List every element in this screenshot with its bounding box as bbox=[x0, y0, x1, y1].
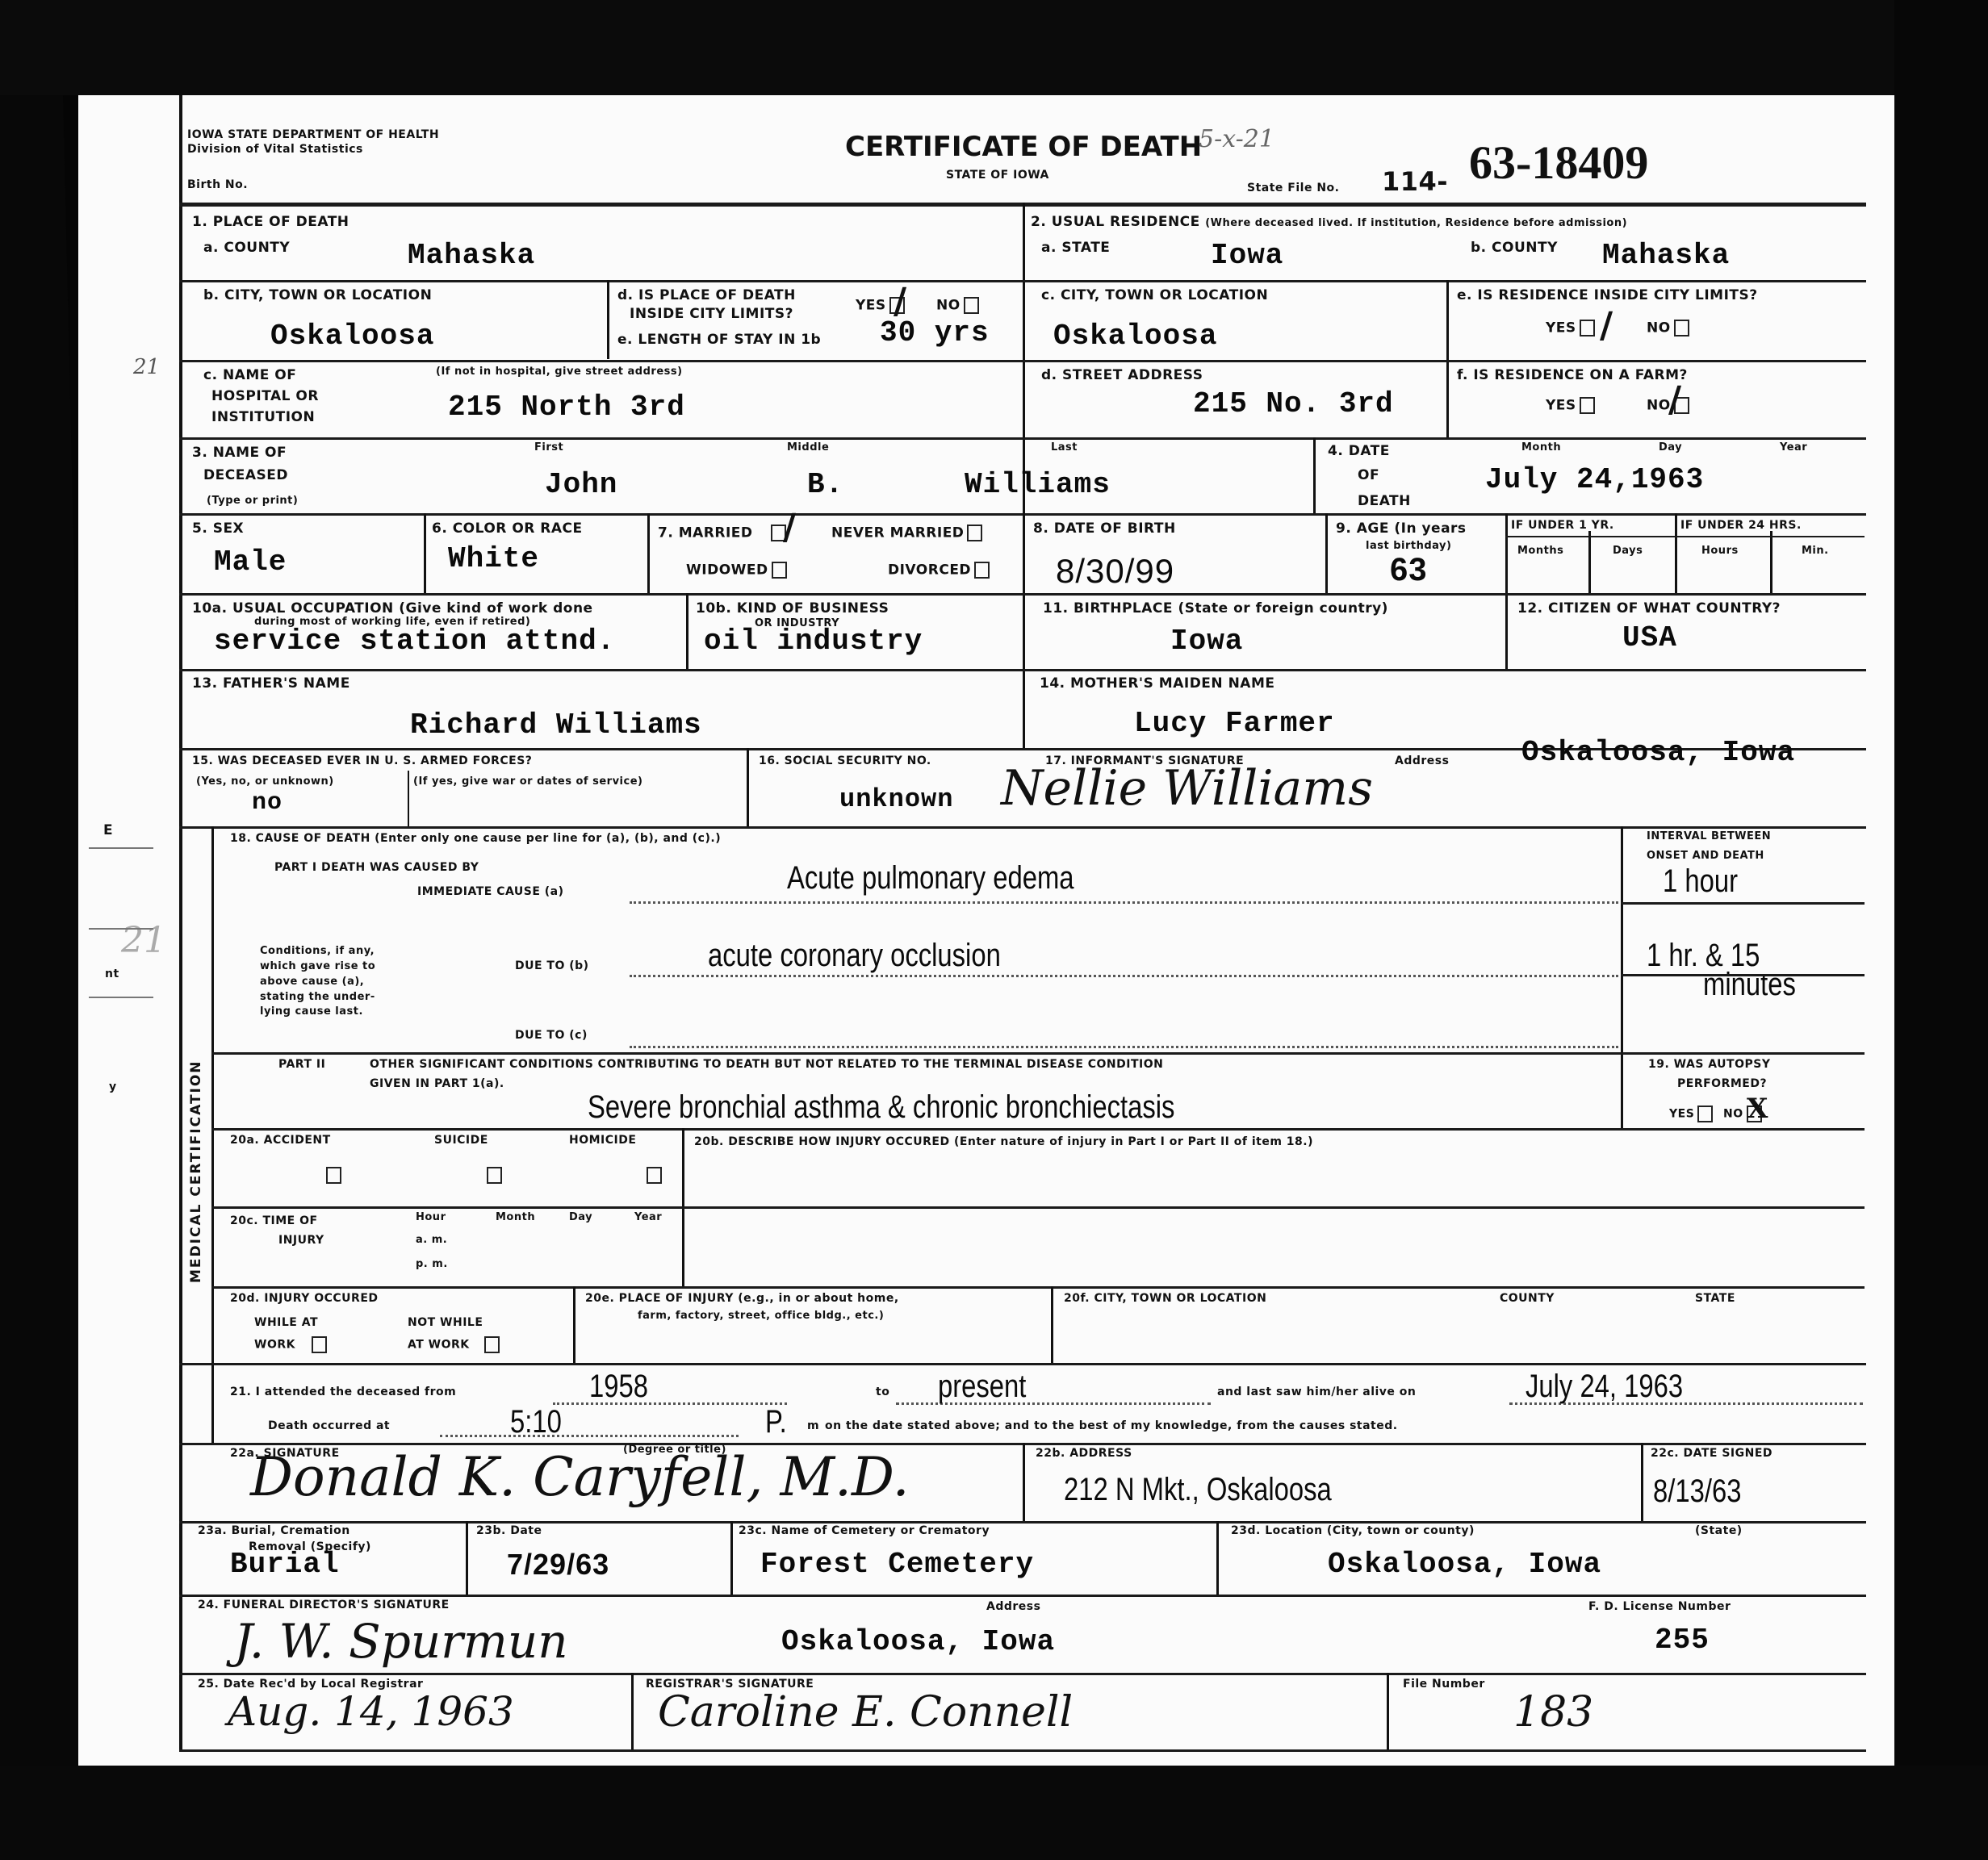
burial-state-label: (State) bbox=[1695, 1525, 1743, 1537]
armed-forces-label: 15. WAS DECEASED EVER IN U. S. ARMED FOR… bbox=[192, 755, 532, 767]
checkbox-divorced[interactable] bbox=[974, 562, 990, 579]
col-divider bbox=[1023, 203, 1025, 513]
informant-address-label: Address bbox=[1395, 755, 1449, 767]
residence-city: Oskaloosa bbox=[1053, 320, 1217, 353]
interval-a: 1 hour bbox=[1663, 863, 1738, 900]
checkbox-yes[interactable] bbox=[1580, 397, 1595, 414]
name-label-1: 3. NAME OF bbox=[192, 445, 287, 461]
hospital-label-3: INSTITUTION bbox=[211, 410, 315, 425]
due-to-b: acute coronary occlusion bbox=[708, 938, 1001, 974]
part1-label: PART I DEATH WAS CAUSED BY bbox=[274, 862, 479, 874]
row-rule bbox=[179, 360, 1866, 362]
business-label-1: 10b. KIND OF BUSINESS bbox=[696, 601, 889, 617]
birthplace: Iowa bbox=[1170, 625, 1243, 658]
burial-location: Oskaloosa, Iowa bbox=[1328, 1548, 1601, 1581]
x-mark: X bbox=[1747, 1093, 1768, 1125]
hospital-label-2: HOSPITAL OR bbox=[211, 389, 319, 404]
inside-limits-no[interactable]: NO bbox=[936, 297, 979, 314]
last-name-label: Last bbox=[1051, 442, 1078, 454]
year-label: Year bbox=[634, 1212, 662, 1223]
col-divider bbox=[1387, 1673, 1389, 1749]
cause-label: 18. CAUSE OF DEATH (Enter only one cause… bbox=[230, 833, 721, 845]
dotted-line bbox=[630, 1046, 1618, 1048]
row-rule bbox=[211, 1052, 1865, 1055]
first-name: John bbox=[545, 468, 617, 501]
while-work-label-1: WHILE AT bbox=[254, 1317, 318, 1329]
margin-fragment-y: y bbox=[109, 1081, 117, 1093]
col-divider bbox=[1675, 513, 1677, 593]
race: White bbox=[448, 542, 539, 575]
dod-label-2: OF bbox=[1358, 468, 1379, 483]
hospital-name: 215 North 3rd bbox=[448, 391, 685, 424]
last-saw-date: July 24, 1963 bbox=[1526, 1369, 1683, 1405]
checkbox-accident[interactable] bbox=[326, 1167, 341, 1184]
interval-rule bbox=[1621, 974, 1865, 976]
due-to-c-label: DUE TO (c) bbox=[515, 1030, 588, 1042]
scan-bottom-border bbox=[0, 1766, 1988, 1860]
col-divider bbox=[631, 1673, 634, 1749]
armed-forces: no bbox=[252, 789, 283, 817]
birth-no-label: Birth No. bbox=[187, 179, 248, 191]
scan-right-border bbox=[1894, 0, 1988, 1860]
dotted-line bbox=[630, 901, 1618, 904]
due-to-b-label: DUE TO (b) bbox=[515, 960, 589, 972]
residence-street: 215 No. 3rd bbox=[1193, 387, 1394, 420]
date-signed: 8/13/63 bbox=[1653, 1473, 1741, 1510]
checkbox-yes[interactable] bbox=[1580, 320, 1595, 336]
injury-county-label: COUNTY bbox=[1500, 1293, 1555, 1305]
license-label: F. D. License Number bbox=[1588, 1601, 1731, 1613]
street-label: d. STREET ADDRESS bbox=[1041, 368, 1203, 383]
injury-desc-label: 20b. DESCRIBE HOW INJURY OCCURED (Enter … bbox=[694, 1136, 1313, 1148]
age: 63 bbox=[1390, 552, 1428, 588]
residence-inside-limits-label: e. IS RESIDENCE INSIDE CITY LIMITS? bbox=[1457, 288, 1758, 303]
row-rule bbox=[179, 1749, 1866, 1752]
farm-label: f. IS RESIDENCE ON A FARM? bbox=[1457, 368, 1688, 383]
occupation-label: 10a. USUAL OCCUPATION (Give kind of work… bbox=[192, 601, 593, 617]
checkbox-no[interactable] bbox=[1674, 320, 1689, 336]
margin-rule bbox=[89, 928, 153, 930]
dotted-line bbox=[630, 975, 1618, 977]
checkbox-no[interactable] bbox=[964, 297, 979, 314]
ssn: unknown bbox=[839, 784, 953, 814]
under-24hrs-label: IF UNDER 24 HRS. bbox=[1680, 520, 1802, 532]
day-label: Day bbox=[1659, 442, 1682, 454]
am-label: a. m. bbox=[416, 1235, 447, 1246]
interval-label-2: ONSET AND DEATH bbox=[1647, 851, 1764, 862]
burial-location-label: 23d. Location (City, town or county) bbox=[1231, 1525, 1475, 1537]
first-name-label: First bbox=[534, 442, 563, 454]
autopsy-label-1: 19. WAS AUTOPSY bbox=[1648, 1059, 1771, 1071]
burial-date: 7/29/63 bbox=[507, 1548, 609, 1582]
part2-hint-2: GIVEN IN PART 1(a). bbox=[370, 1078, 504, 1090]
ssn-label: 16. SOCIAL SECURITY NO. bbox=[759, 755, 931, 767]
injury-occurred-label: 20d. INJURY OCCURED bbox=[230, 1293, 379, 1305]
name-label-2: DECEASED bbox=[203, 468, 288, 483]
state-file-number: 63-18409 bbox=[1469, 136, 1648, 190]
not-work-option[interactable]: AT WORK bbox=[408, 1336, 500, 1353]
cemetery-label: 23c. Name of Cemetery or Crematory bbox=[739, 1525, 990, 1537]
physician-address-label: 22b. ADDRESS bbox=[1036, 1448, 1132, 1460]
immediate-cause: Acute pulmonary edema bbox=[787, 860, 1074, 897]
col-divider bbox=[686, 593, 688, 669]
dod-label-3: DEATH bbox=[1358, 494, 1411, 509]
check-mark: / bbox=[1600, 305, 1613, 346]
accident-label: 20a. ACCIDENT bbox=[230, 1135, 331, 1147]
residence-state-label: a. STATE bbox=[1041, 240, 1110, 256]
col-divider bbox=[1051, 1286, 1053, 1363]
check-mark: / bbox=[1668, 379, 1681, 420]
middle-name-label: Middle bbox=[787, 442, 829, 454]
divorced-option[interactable]: DIVORCED bbox=[888, 562, 990, 579]
form-left-border bbox=[179, 95, 182, 1749]
place-injury-label: 20e. PLACE OF INJURY (e.g., in or about … bbox=[585, 1293, 899, 1305]
last-name: Williams bbox=[965, 468, 1111, 501]
informant-signature: Nellie Williams bbox=[1001, 760, 1373, 817]
col-divider bbox=[1023, 1443, 1025, 1521]
armed-forces-hint-1: (Yes, no, or unknown) bbox=[196, 776, 334, 788]
conditions-label: Conditions, if any, which gave rise to a… bbox=[260, 944, 375, 1020]
checkbox-widowed[interactable] bbox=[772, 562, 787, 579]
col-divider bbox=[1588, 531, 1591, 593]
sex: Male bbox=[214, 545, 287, 579]
margin-rule bbox=[89, 997, 153, 998]
dotted-line bbox=[553, 1402, 787, 1405]
age-label-2: last birthday) bbox=[1366, 541, 1451, 552]
check-mark: / bbox=[783, 507, 796, 548]
burial-method-label-1: 23a. Burial, Cremation bbox=[198, 1525, 350, 1537]
days-label: Days bbox=[1613, 545, 1643, 557]
armed-forces-hint-2: (If yes, give war or dates of service) bbox=[413, 776, 642, 788]
checkbox-never-married[interactable] bbox=[967, 525, 982, 541]
part2-label: PART II bbox=[278, 1059, 325, 1071]
length-of-stay-label: e. LENGTH OF STAY IN 1b bbox=[617, 332, 821, 348]
row-rule bbox=[179, 1673, 1866, 1675]
sex-label: 5. SEX bbox=[192, 521, 244, 537]
father-name: Richard Williams bbox=[410, 708, 702, 742]
row-rule bbox=[179, 437, 1866, 440]
row-rule bbox=[179, 669, 1866, 671]
mother-name: Lucy Farmer bbox=[1134, 707, 1335, 740]
interval-label-1: INTERVAL BETWEEN bbox=[1647, 831, 1771, 842]
margin-rule bbox=[89, 847, 153, 849]
col-divider bbox=[1325, 513, 1328, 593]
physician-signature: Donald K. Caryfell, M.D. bbox=[250, 1446, 910, 1508]
date-received: Aug. 14, 1963 bbox=[228, 1688, 514, 1735]
row-rule bbox=[211, 1128, 1865, 1131]
while-work-option[interactable]: WORK bbox=[254, 1336, 327, 1353]
division-name: Division of Vital Statistics bbox=[187, 144, 363, 156]
last-saw-label: and last saw him/her alive on bbox=[1217, 1386, 1416, 1398]
place-injury-hint: farm, factory, street, office bldg., etc… bbox=[638, 1310, 884, 1322]
col-divider bbox=[607, 280, 609, 359]
min-label: Min. bbox=[1802, 545, 1829, 557]
informant-address: Oskaloosa, Iowa bbox=[1521, 736, 1795, 769]
col-divider bbox=[747, 748, 749, 826]
handwritten-note: 5-x-21 bbox=[1199, 125, 1274, 153]
city-label: b. CITY, TOWN OR LOCATION bbox=[203, 288, 432, 303]
dotted-line bbox=[440, 1435, 739, 1437]
residence-city-label: c. CITY, TOWN OR LOCATION bbox=[1041, 288, 1268, 303]
county-label: a. COUNTY bbox=[203, 240, 290, 256]
business: oil industry bbox=[704, 625, 923, 658]
row-rule bbox=[211, 1286, 1865, 1289]
col-divider bbox=[1641, 1443, 1643, 1521]
middle-name: B. bbox=[807, 468, 843, 501]
residence-inside-no[interactable]: NO bbox=[1647, 320, 1689, 336]
part2-conditions: Severe bronchial asthma & chronic bronch… bbox=[588, 1089, 1174, 1126]
father-label: 13. FATHER'S NAME bbox=[192, 676, 350, 692]
occurred-label: Death occurred at bbox=[268, 1420, 390, 1432]
medical-sidebar-divider bbox=[211, 826, 214, 1444]
inside-limits-label-1: d. IS PLACE OF DEATH bbox=[617, 288, 796, 303]
place-of-death-label: 1. PLACE OF DEATH bbox=[192, 215, 349, 230]
widowed-option[interactable]: WIDOWED bbox=[686, 562, 787, 579]
col-divider bbox=[1023, 513, 1025, 748]
mother-label: 14. MOTHER'S MAIDEN NAME bbox=[1040, 676, 1274, 692]
death-city: Oskaloosa bbox=[270, 320, 434, 353]
attended-from: 1958 bbox=[589, 1369, 648, 1405]
length-of-stay: 30 yrs bbox=[880, 316, 990, 349]
residence-state: Iowa bbox=[1211, 239, 1283, 272]
citizen: USA bbox=[1622, 621, 1677, 654]
department-name: IOWA STATE DEPARTMENT OF HEALTH bbox=[187, 129, 439, 141]
col-divider bbox=[573, 1286, 575, 1363]
citizen-label: 12. CITIZEN OF WHAT COUNTRY? bbox=[1517, 601, 1781, 617]
row-rule bbox=[179, 593, 1866, 596]
col-divider bbox=[424, 513, 426, 593]
funeral-director-label: 24. FUNERAL DIRECTOR'S SIGNATURE bbox=[198, 1599, 450, 1611]
time-injury-label-1: 20c. TIME OF bbox=[230, 1215, 318, 1227]
file-number: 183 bbox=[1513, 1688, 1593, 1737]
day-label: Day bbox=[569, 1212, 592, 1223]
interval-rule bbox=[1621, 902, 1865, 905]
cemetery-name: Forest Cemetery bbox=[760, 1548, 1034, 1581]
row-rule bbox=[179, 1521, 1866, 1524]
hospital-label-1: c. NAME OF bbox=[203, 368, 296, 383]
certificate-subtitle: STATE OF IOWA bbox=[946, 169, 1049, 182]
checkbox-not-work[interactable] bbox=[484, 1336, 500, 1353]
funeral-address-label: Address bbox=[986, 1601, 1040, 1613]
col-divider bbox=[1446, 280, 1449, 437]
checkbox-suicide[interactable] bbox=[487, 1167, 502, 1184]
time-injury-label-2: INJURY bbox=[278, 1235, 324, 1247]
margin-note-top: 21 bbox=[133, 355, 160, 379]
margin-note-mid: 21 bbox=[121, 920, 166, 961]
under-1yr-label: IF UNDER 1 YR. bbox=[1511, 520, 1614, 532]
col-divider bbox=[1216, 1521, 1219, 1595]
inside-limits-label-2: INSIDE CITY LIMITS? bbox=[630, 307, 793, 322]
date-of-death: July 24,1963 bbox=[1485, 463, 1704, 496]
pm-label: p. m. bbox=[416, 1259, 448, 1270]
month-label: Month bbox=[1521, 442, 1561, 454]
age-label-1: 9. AGE (In years bbox=[1336, 521, 1467, 537]
row-rule bbox=[179, 1363, 1866, 1365]
name-label-3: (Type or print) bbox=[207, 495, 298, 507]
farm-yes[interactable]: YES bbox=[1546, 397, 1595, 414]
injury-state-label: STATE bbox=[1695, 1293, 1735, 1305]
margin-fragment-nt: nt bbox=[105, 968, 119, 980]
residence-inside-yes[interactable]: YES bbox=[1546, 320, 1595, 336]
immediate-cause-label: IMMEDIATE CAUSE (a) bbox=[417, 886, 564, 898]
scan-top-border bbox=[0, 0, 1988, 95]
physician-address: 212 N Mkt., Oskaloosa bbox=[1064, 1472, 1332, 1508]
checkbox-homicide[interactable] bbox=[647, 1167, 662, 1184]
autopsy-label-2: PERFORMED? bbox=[1677, 1078, 1767, 1090]
occupation: service station attnd. bbox=[214, 625, 615, 658]
autopsy-yes[interactable]: YES bbox=[1669, 1106, 1713, 1122]
file-number-label: File Number bbox=[1403, 1678, 1485, 1691]
col-divider bbox=[466, 1521, 468, 1595]
date-signed-label: 22c. DATE SIGNED bbox=[1651, 1448, 1772, 1460]
row-rule bbox=[211, 1206, 1865, 1209]
funeral-director-signature: J. W. Spurmun bbox=[234, 1614, 568, 1669]
hour-label: Hour bbox=[416, 1212, 446, 1223]
burial-method: Burial bbox=[230, 1548, 340, 1581]
attended-label: 21. I attended the deceased from bbox=[230, 1386, 456, 1398]
dod-label-1: 4. DATE bbox=[1328, 444, 1390, 459]
birthplace-label: 11. BIRTHPLACE (State or foreign country… bbox=[1043, 601, 1388, 617]
death-time: 5:10 bbox=[510, 1404, 562, 1440]
state-file-label: State File No. bbox=[1247, 182, 1339, 194]
dob-label: 8. DATE OF BIRTH bbox=[1033, 521, 1176, 537]
injury-city-label: 20f. CITY, TOWN OR LOCATION bbox=[1064, 1293, 1266, 1305]
license-number: 255 bbox=[1655, 1624, 1710, 1657]
state-file-prefix: 114- bbox=[1382, 168, 1448, 196]
sub-rule bbox=[1505, 536, 1865, 537]
medical-certification-label: MEDICAL CERTIFICATION bbox=[188, 1060, 204, 1283]
death-county: Mahaska bbox=[408, 239, 535, 272]
months-label: Months bbox=[1517, 545, 1563, 557]
margin-fragment-e: E bbox=[103, 823, 113, 838]
married-option[interactable]: 7. MARRIED bbox=[658, 525, 786, 541]
hours-label: Hours bbox=[1701, 545, 1739, 557]
interval-b-2: minutes bbox=[1703, 967, 1796, 1003]
col-divider bbox=[1621, 826, 1623, 1128]
usual-residence-label: 2. USUAL RESIDENCE (Where deceased lived… bbox=[1031, 215, 1627, 230]
hospital-hint: (If not in hospital, give street address… bbox=[436, 366, 683, 378]
funeral-address: Oskaloosa, Iowa bbox=[781, 1625, 1055, 1658]
col-divider bbox=[408, 771, 409, 826]
date-of-birth: 8/30/99 bbox=[1056, 552, 1174, 591]
residence-county: Mahaska bbox=[1602, 239, 1730, 272]
certificate-title: CERTIFICATE OF DEATH bbox=[845, 131, 1202, 163]
col-divider bbox=[1770, 531, 1772, 593]
homicide-label: HOMICIDE bbox=[569, 1135, 636, 1147]
m-label: m bbox=[807, 1420, 819, 1432]
death-meridian: P. bbox=[765, 1404, 787, 1440]
residence-county-label: b. COUNTY bbox=[1471, 240, 1558, 256]
row-rule bbox=[179, 1595, 1866, 1597]
to-label: to bbox=[876, 1386, 889, 1398]
part2-hint-1: OTHER SIGNIFICANT CONDITIONS CONTRIBUTIN… bbox=[370, 1059, 1163, 1071]
col-divider bbox=[730, 1521, 733, 1595]
attendance-statement: on the date stated above; and to the bes… bbox=[825, 1420, 1398, 1432]
checkbox-while-work[interactable] bbox=[312, 1336, 327, 1353]
never-married-option[interactable]: NEVER MARRIED bbox=[831, 525, 982, 541]
suicide-label: SUICIDE bbox=[434, 1135, 488, 1147]
burial-date-label: 23b. Date bbox=[476, 1525, 542, 1537]
registrar-signature: Caroline E. Connell bbox=[658, 1688, 1073, 1737]
month-label: Month bbox=[496, 1212, 535, 1223]
checkbox-yes[interactable] bbox=[1697, 1106, 1713, 1122]
row-rule bbox=[179, 826, 1866, 829]
not-work-label-1: NOT WHILE bbox=[408, 1317, 483, 1329]
attended-to: present bbox=[938, 1369, 1026, 1405]
race-label: 6. COLOR OR RACE bbox=[432, 521, 583, 537]
col-divider bbox=[1313, 437, 1316, 514]
year-label: Year bbox=[1780, 442, 1807, 454]
row-rule bbox=[179, 280, 1866, 282]
col-divider bbox=[647, 513, 650, 593]
